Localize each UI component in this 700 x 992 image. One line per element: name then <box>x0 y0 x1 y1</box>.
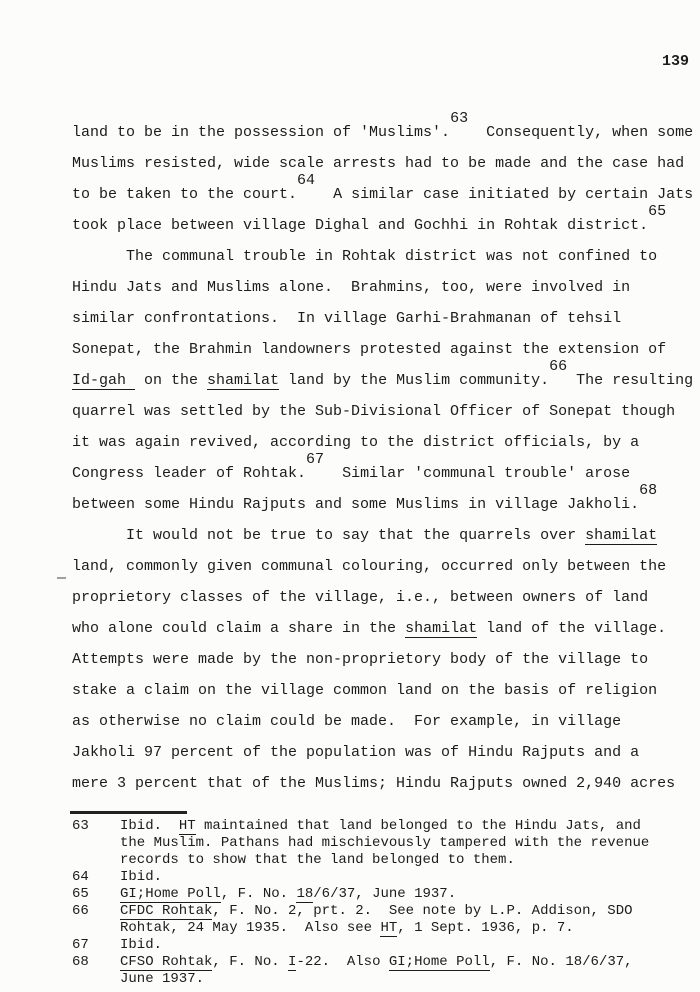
paragraph: It would not be true to say that the qua… <box>72 520 700 799</box>
text-segment: proprietory classes of the village, i.e.… <box>72 589 648 606</box>
footnote-text: GI;Home Poll, F. No. 18/6/37, June 1937. <box>120 886 700 903</box>
text-line: CFDC Rohtak, F. No. 2, prt. 2. See note … <box>120 903 700 920</box>
text-segment: maintained that land belonged to the Hin… <box>196 818 641 834</box>
text-segment: Consequently, when some <box>468 124 693 141</box>
underlined-term: CFDC Rohtak <box>120 903 212 920</box>
text-segment: the Muslim. Pathans had mischievously ta… <box>120 835 649 851</box>
text-line: Congress leader of Rohtak.67 Similar 'co… <box>72 458 700 489</box>
footnote-ref: 63 <box>450 110 468 127</box>
text-segment: The resulting <box>567 372 693 389</box>
text-line: records to show that the land belonged t… <box>120 852 700 869</box>
paragraph: land to be in the possession of 'Muslims… <box>72 117 700 241</box>
text-line: between some Hindu Rajputs and some Musl… <box>72 489 700 520</box>
text-line: who alone could claim a share in the sha… <box>72 613 700 644</box>
footnote-number: 66 <box>72 903 120 937</box>
text-line: stake a claim on the village common land… <box>72 675 700 706</box>
text-line: to be taken to the court.64 A similar ca… <box>72 179 700 210</box>
text-line: June 1937. <box>120 971 700 988</box>
text-segment: -22. Also <box>296 954 388 970</box>
footnote-ref: 64 <box>297 172 315 189</box>
text-line: CFSO Rohtak, F. No. I-22. Also GI;Home P… <box>120 954 700 971</box>
footnote-text: CFDC Rohtak, F. No. 2, prt. 2. See note … <box>120 903 700 937</box>
text-segment: , 1 Sept. 1936, p. 7. <box>397 920 573 936</box>
text-segment: between some Hindu Rajputs and some Musl… <box>72 496 639 513</box>
text-segment: , F. No. 18/6/37, <box>490 954 633 970</box>
text-segment: as otherwise no claim could be made. For… <box>72 713 621 730</box>
underlined-term: 18 <box>296 886 313 903</box>
text-segment: similar confrontations. In village Garhi… <box>72 310 621 327</box>
footnote-ref: 67 <box>306 451 324 468</box>
text-segment: The communal trouble in Rohtak district … <box>72 248 657 265</box>
text-segment: it was again revived, according to the d… <box>72 434 639 451</box>
text-segment: land by the Muslim community. <box>279 372 549 389</box>
text-line: Hindu Jats and Muslims alone. Brahmins, … <box>72 272 700 303</box>
text-segment: who alone could claim a share in the <box>72 620 405 637</box>
text-line: land to be in the possession of 'Muslims… <box>72 117 700 148</box>
text-line: Jakholi 97 percent of the population was… <box>72 737 700 768</box>
underlined-term: HT <box>380 920 397 937</box>
text-segment: took place between village Dighal and Go… <box>72 217 648 234</box>
text-segment: , F. No. <box>221 886 297 902</box>
footnote-ref: 65 <box>648 203 666 220</box>
text-segment: on the <box>135 372 207 389</box>
footnote-number: 67 <box>72 937 120 954</box>
text-line: Ibid. HT maintained that land belonged t… <box>120 818 700 835</box>
footnote: 68CFSO Rohtak, F. No. I-22. Also GI;Home… <box>72 954 700 988</box>
footnote-text: Ibid. <box>120 937 700 954</box>
text-segment: Ibid. <box>120 937 162 953</box>
text-segment: to be taken to the court. <box>72 186 297 203</box>
text-segment: quarrel was settled by the Sub-Divisiona… <box>72 403 675 420</box>
footnote-text: Ibid. <box>120 869 700 886</box>
text-line: Attempts were made by the non-proprietor… <box>72 644 700 675</box>
body-text: land to be in the possession of 'Muslims… <box>72 117 700 799</box>
underlined-term: CFSO Rohtak <box>120 954 212 971</box>
text-line: quarrel was settled by the Sub-Divisiona… <box>72 396 700 427</box>
text-line: mere 3 percent that of the Muslims; Hind… <box>72 768 700 799</box>
text-line: Id-gah on the shamilat land by the Musli… <box>72 365 700 396</box>
text-segment: , F. No. 2, prt. 2. See note by L.P. Add… <box>212 903 632 919</box>
text-segment: It would not be true to say that the qua… <box>72 527 585 544</box>
text-line: Muslims resisted, wide scale arrests had… <box>72 148 700 179</box>
page-number: 139 <box>662 53 689 70</box>
text-line: The communal trouble in Rohtak district … <box>72 241 700 272</box>
text-line: Ibid. <box>120 937 700 954</box>
text-segment: Attempts were made by the non-proprietor… <box>72 651 648 668</box>
footnote-number: 68 <box>72 954 120 988</box>
footnote: 65GI;Home Poll, F. No. 18/6/37, June 193… <box>72 886 700 903</box>
text-segment: Ibid. <box>120 818 179 834</box>
text-segment: Rohtak, 24 May 1935. Also see <box>120 920 380 936</box>
scan-artifact-dash <box>57 577 66 579</box>
text-segment: Hindu Jats and Muslims alone. Brahmins, … <box>72 279 630 296</box>
text-line: Sonepat, the Brahmin landowners proteste… <box>72 334 700 365</box>
footnotes: 63Ibid. HT maintained that land belonged… <box>72 818 700 988</box>
text-line: land, commonly given communal colouring,… <box>72 551 700 582</box>
underlined-term: shamilat <box>207 372 279 390</box>
paragraph: The communal trouble in Rohtak district … <box>72 241 700 520</box>
text-segment: records to show that the land belonged t… <box>120 852 515 868</box>
footnote: 64Ibid. <box>72 869 700 886</box>
text-segment: stake a claim on the village common land… <box>72 682 657 699</box>
text-segment: /6/37, June 1937. <box>313 886 456 902</box>
footnote-number: 63 <box>72 818 120 869</box>
text-segment: Jakholi 97 percent of the population was… <box>72 744 639 761</box>
underlined-term: HT <box>179 818 196 835</box>
text-segment: land of the village. <box>477 620 666 637</box>
footnote-separator <box>70 811 187 814</box>
text-line: Ibid. <box>120 869 700 886</box>
underlined-term: Id-gah <box>72 372 135 390</box>
footnote: 63Ibid. HT maintained that land belonged… <box>72 818 700 869</box>
text-segment: Similar 'communal trouble' arose <box>324 465 630 482</box>
text-segment: land to be in the possession of 'Muslims… <box>72 124 450 141</box>
text-segment: Congress leader of Rohtak. <box>72 465 306 482</box>
footnote-ref: 66 <box>549 358 567 375</box>
footnote: 67Ibid. <box>72 937 700 954</box>
underlined-term: shamilat <box>405 620 477 638</box>
text-line: similar confrontations. In village Garhi… <box>72 303 700 334</box>
document-page: 139 land to be in the possession of 'Mus… <box>0 0 700 992</box>
text-segment: A similar case initiated by certain Jats <box>315 186 693 203</box>
text-segment: Sonepat, the Brahmin landowners proteste… <box>72 341 666 358</box>
underlined-term: GI;Home Poll <box>120 886 221 903</box>
text-line: GI;Home Poll, F. No. 18/6/37, June 1937. <box>120 886 700 903</box>
text-line: proprietory classes of the village, i.e.… <box>72 582 700 613</box>
underlined-term: GI;Home Poll <box>389 954 490 971</box>
text-segment: land, commonly given communal colouring,… <box>72 558 666 575</box>
text-segment: June 1937. <box>120 971 204 987</box>
footnote-number: 64 <box>72 869 120 886</box>
text-line: as otherwise no claim could be made. For… <box>72 706 700 737</box>
footnote-ref: 68 <box>639 482 657 499</box>
text-line: it was again revived, according to the d… <box>72 427 700 458</box>
text-segment: , F. No. <box>212 954 288 970</box>
text-segment: Muslims resisted, wide scale arrests had… <box>72 155 684 172</box>
text-segment: mere 3 percent that of the Muslims; Hind… <box>72 775 675 792</box>
footnote-number: 65 <box>72 886 120 903</box>
text-line: Rohtak, 24 May 1935. Also see HT, 1 Sept… <box>120 920 700 937</box>
footnote-text: CFSO Rohtak, F. No. I-22. Also GI;Home P… <box>120 954 700 988</box>
text-line: It would not be true to say that the qua… <box>72 520 700 551</box>
underlined-term: shamilat <box>585 527 657 545</box>
footnote-text: Ibid. HT maintained that land belonged t… <box>120 818 700 869</box>
text-line: the Muslim. Pathans had mischievously ta… <box>120 835 700 852</box>
text-segment: Ibid. <box>120 869 162 885</box>
footnote: 66CFDC Rohtak, F. No. 2, prt. 2. See not… <box>72 903 700 937</box>
text-line: took place between village Dighal and Go… <box>72 210 700 241</box>
